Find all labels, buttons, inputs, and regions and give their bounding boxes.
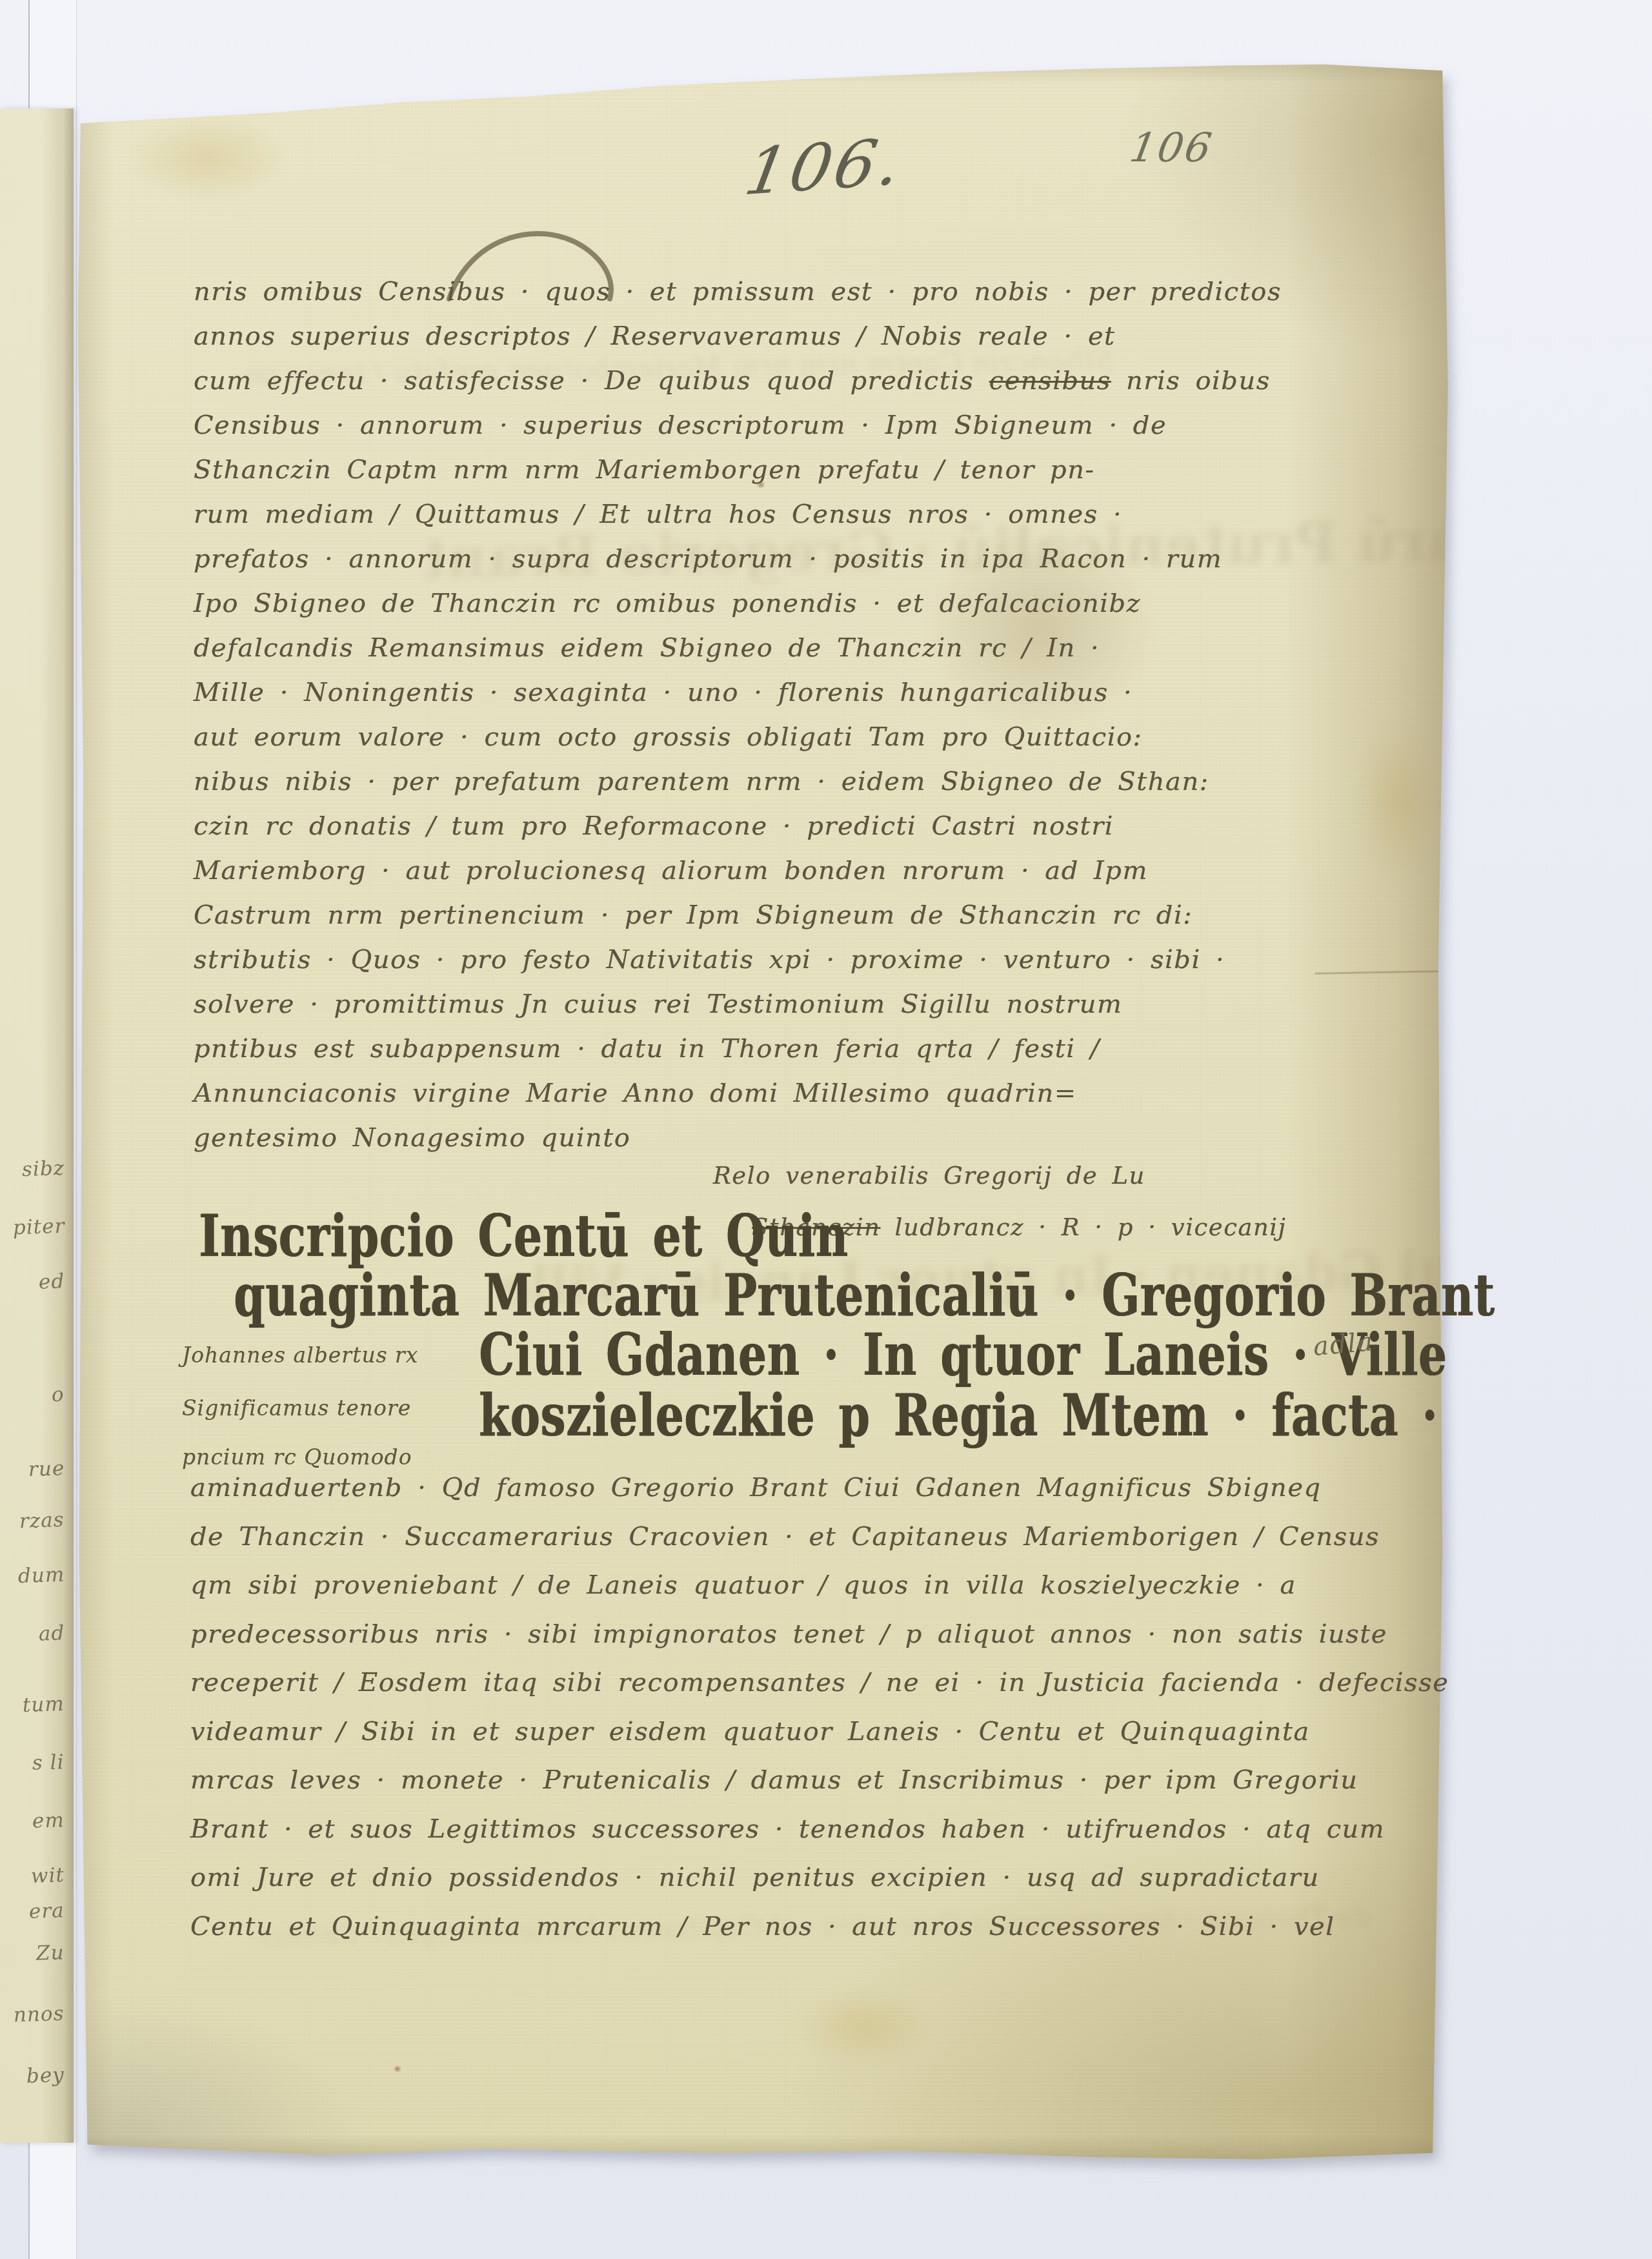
stain <box>394 2065 401 2072</box>
facing-text-fragment: rzas <box>19 1508 65 1533</box>
facing-text-fragment: rue <box>28 1457 65 1481</box>
facing-text-fragment: bey <box>26 2063 65 2088</box>
manuscript-line: de Thanczin · Succamerarius Cracovien · … <box>190 1513 1352 1562</box>
manuscript-line: videamur / Sibi in et super eisdem quatu… <box>190 1708 1352 1757</box>
manuscript-line: stributis · Quos · pro festo Nativitatis… <box>194 938 1349 982</box>
margin-note-left: Johannes albertus rx <box>182 1342 418 1368</box>
manuscript-line: annos superius descriptos / Reservaveram… <box>194 314 1349 359</box>
text-block-lower: aminaduertenb · Qd famoso Gregorio Brant… <box>190 1464 1352 1951</box>
relation-line: Relo venerabilis Gregorij de Lu <box>713 1150 1287 1202</box>
manuscript-line: Censibus · annorum · superius descriptor… <box>194 403 1349 448</box>
line-text: nris oibus <box>1111 366 1271 396</box>
manuscript-line: Mille · Noningentis · sexaginta · uno · … <box>194 671 1349 715</box>
manuscript-line: nris omibus Censibus · quos · et pmissum… <box>194 270 1349 314</box>
margin-note-left: Significamus tenore <box>182 1395 411 1421</box>
manuscript-line: Brant · et suos Legittimos successores ·… <box>190 1805 1352 1854</box>
manuscript-line: defalcandis Remansimus eidem Sbigneo de … <box>194 626 1349 671</box>
manuscript-line: aminaduertenb · Qd famoso Gregorio Brant… <box>190 1464 1352 1513</box>
facing-text-fragment: sibz <box>21 1157 65 1181</box>
facing-text-fragment: era <box>29 1899 65 1923</box>
margin-note-right: adla <box>1312 1327 1375 1362</box>
facing-text-fragment: wit <box>30 1863 65 1888</box>
manuscript-line: nibus nibis · per prefatum parentem nrm … <box>194 760 1349 804</box>
facing-text-fragment: dum <box>17 1563 65 1588</box>
facing-page-edge: sibz piter ed o rue rzas dum ad tum s li… <box>0 108 74 2143</box>
stain <box>130 116 285 200</box>
heading-line: Inscripcio Centū et Quin <box>199 1202 848 1270</box>
facing-text-fragment: ad <box>38 1621 65 1645</box>
manuscript-line: Ipo Sbigneo de Thanczin rc omibus ponend… <box>194 582 1349 626</box>
facing-text-fragment: piter <box>12 1215 65 1240</box>
facing-text-fragment: ed <box>38 1270 65 1293</box>
manuscript-scan: { "colors": { "scanner_background": "#ea… <box>0 0 1652 2259</box>
manuscript-line: cum effectu · satisfecisse · De quibus q… <box>194 359 1349 403</box>
folio-number-center: 106. <box>740 124 909 210</box>
facing-text-fragment: s li <box>32 1750 65 1775</box>
facing-text-fragment: tum <box>23 1692 65 1717</box>
manuscript-line: Annunciaconis virgine Marie Anno domi Mi… <box>194 1071 1349 1116</box>
manuscript-line: mrcas leves · monete · Prutenicalis / da… <box>190 1756 1352 1805</box>
line-text: cum effectu · satisfecisse · De quibus q… <box>194 366 989 396</box>
struck-word: censibus <box>989 366 1111 396</box>
heading-line: quaginta Marcarū Prutenicaliū · Gregorio… <box>234 1261 1495 1329</box>
facing-text-fragment: nnos <box>14 2002 65 2027</box>
manuscript-line: predecessoribus nris · sibi impignoratos… <box>190 1610 1352 1659</box>
facing-text-fragment: o <box>52 1383 65 1407</box>
line-text: ludbrancz · R · p · vicecanij <box>880 1213 1286 1241</box>
text-block-upper: nris omibus Censibus · quos · et pmissum… <box>194 270 1349 1160</box>
manuscript-line: qm sibi proveniebant / de Laneis quatuor… <box>190 1561 1352 1610</box>
manuscript-line: Mariemborg · aut prolucionesq aliorum bo… <box>194 849 1349 893</box>
facing-text-fragment: Zu <box>36 1941 65 1965</box>
heading-line: koszieleczkie p Regia Mtem · facta · <box>479 1381 1438 1449</box>
manuscript-line: receperit / Eosdem itaq sibi recompensan… <box>190 1659 1352 1708</box>
manuscript-line: prefatos · annorum · supra descriptorum … <box>194 537 1349 582</box>
folio-number-right: 106 <box>1127 124 1217 171</box>
manuscript-line: czin rc donatis / tum pro Reformacone · … <box>194 804 1349 849</box>
heading-line: Ciui Gdanen · In qtuor Laneis · Ville <box>479 1321 1447 1388</box>
manuscript-line: solvere · promittimus Jn cuius rei Testi… <box>194 982 1349 1027</box>
manuscript-line: Castrum nrm pertinencium · per Ipm Sbign… <box>194 893 1349 938</box>
facing-text-fragment: em <box>32 1808 65 1833</box>
manuscript-line: Centu et Quinquaginta mrcarum / Per nos … <box>190 1903 1352 1952</box>
stain <box>795 1988 931 2065</box>
manuscript-line: aut eorum valore · cum octo grossis obli… <box>194 715 1349 760</box>
manuscript-line: omi Jure et dnio possidendos · nichil pe… <box>190 1854 1352 1903</box>
stain <box>1356 716 1440 884</box>
manuscript-line: rum mediam / Quittamus / Et ultra hos Ce… <box>194 492 1349 537</box>
manuscript-line: pntibus est subappensum · datu in Thoren… <box>194 1027 1349 1071</box>
manuscript-line: Sthanczin Captm nrm nrm Mariemborgen pre… <box>194 448 1349 492</box>
